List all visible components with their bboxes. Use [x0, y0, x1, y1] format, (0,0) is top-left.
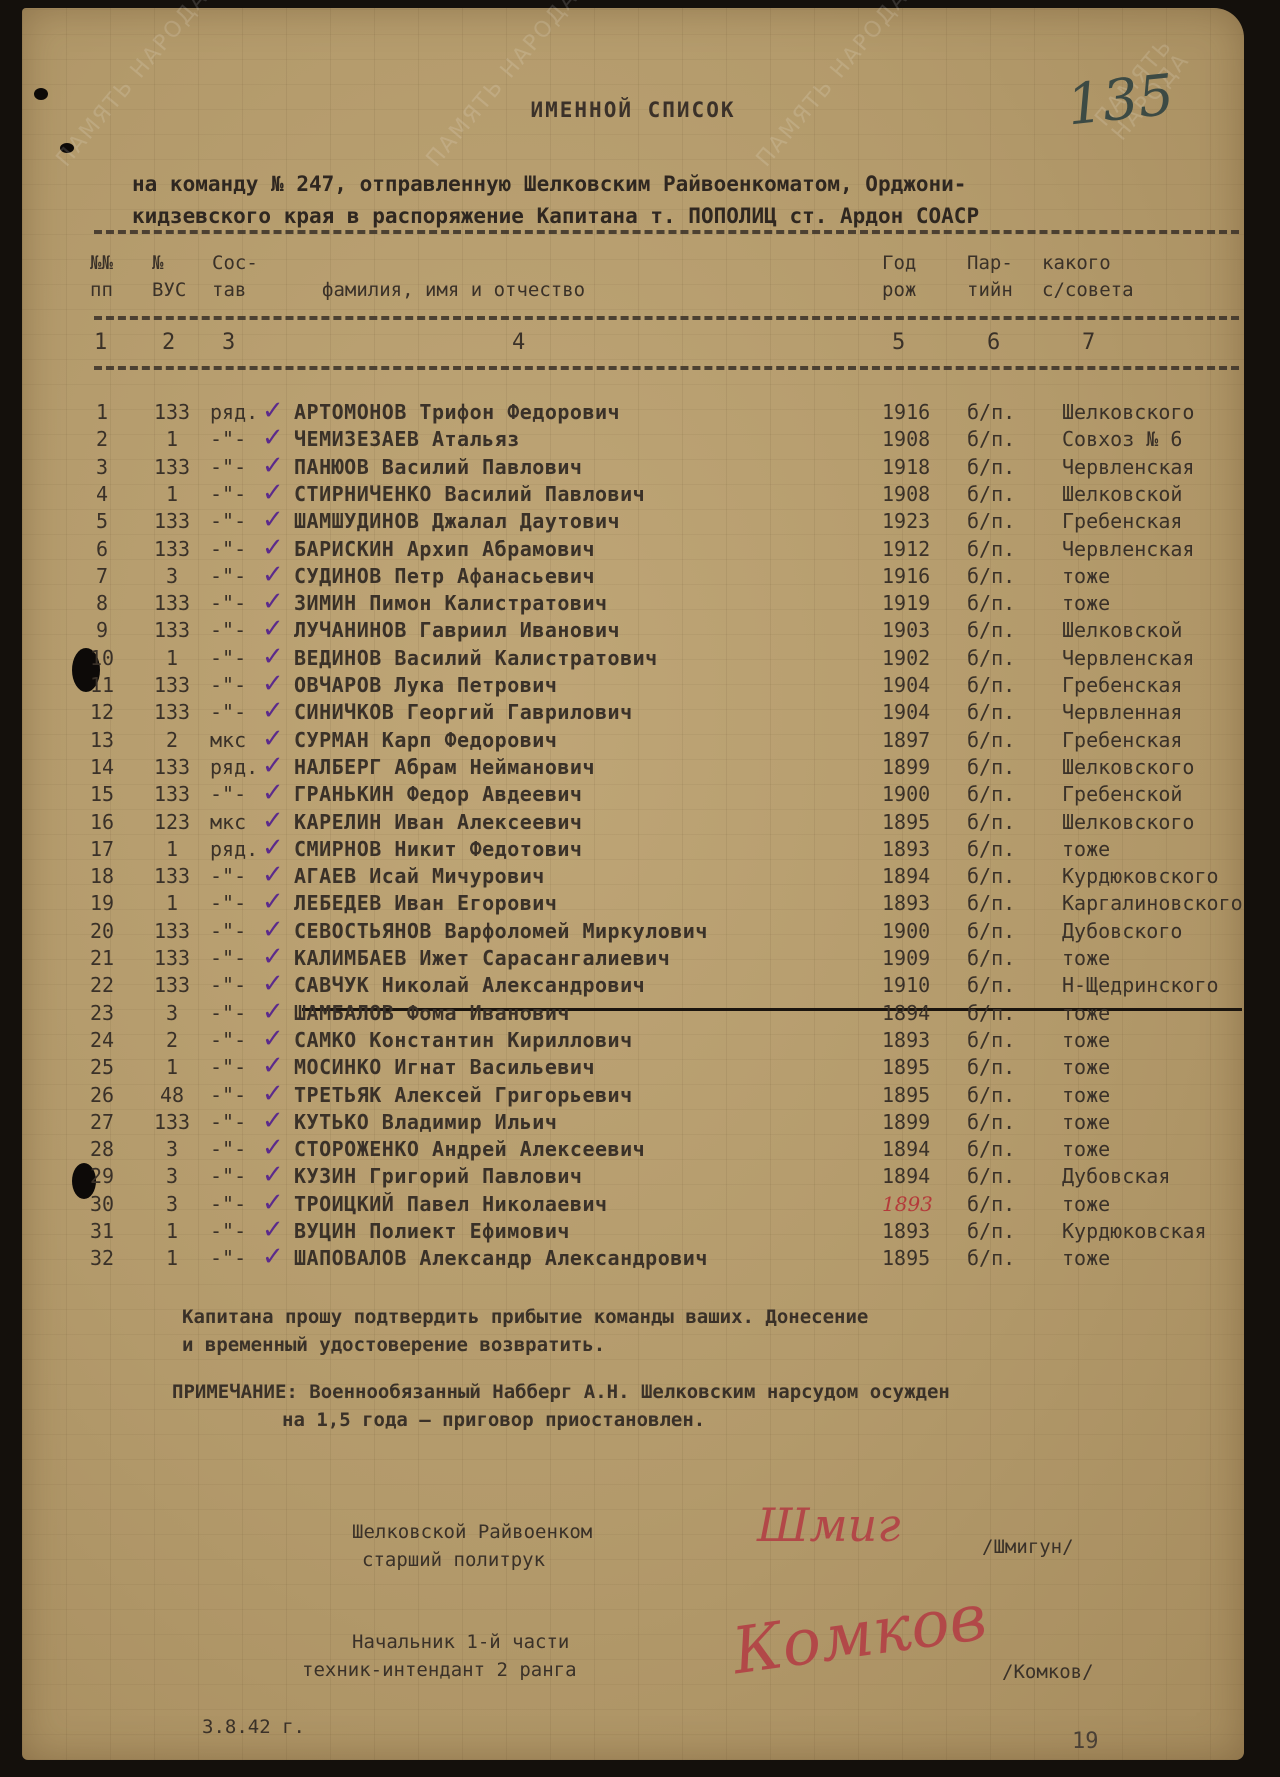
row-vus: 133	[147, 864, 197, 888]
row-sostav: -"-	[210, 1164, 270, 1188]
row-village-soviet: тоже	[1062, 1028, 1110, 1052]
column-number: 3	[222, 330, 235, 355]
row-birth-year: 1899	[882, 755, 930, 779]
divider	[94, 230, 1239, 234]
row-sostav: ряд.	[210, 837, 270, 861]
row-sostav: -"-	[210, 891, 270, 915]
row-vus: 133	[147, 755, 197, 779]
table-row: 2648-"-✓ТРЕТЬЯК Алексей Григорьевич1895б…	[22, 1083, 1244, 1107]
row-sostav: -"-	[210, 946, 270, 970]
check-mark-icon: ✓	[262, 997, 284, 1027]
row-party: б/п.	[967, 782, 1015, 806]
row-sostav: -"-	[210, 646, 270, 670]
check-mark-icon: ✓	[262, 1051, 284, 1081]
row-party: б/п.	[967, 810, 1015, 834]
table-row: 73-"-✓СУДИНОВ Петр Афанасьевич1916б/п.то…	[22, 564, 1244, 588]
row-village-soviet: Шелковского	[1062, 755, 1194, 779]
row-village-soviet: тоже	[1062, 1246, 1110, 1270]
check-mark-icon: ✓	[262, 505, 284, 535]
row-number: 28	[84, 1137, 120, 1161]
row-number: 21	[84, 946, 120, 970]
signatory-2-name: /Комков/	[1002, 1658, 1094, 1686]
row-number: 11	[84, 673, 120, 697]
row-party: б/п.	[967, 1001, 1015, 1025]
row-party: б/п.	[967, 564, 1015, 588]
row-sostav: -"-	[210, 973, 270, 997]
row-full-name: ШАМШУДИНОВ Джалал Даутович	[294, 509, 620, 533]
header-n: №№пп	[90, 250, 113, 304]
row-party: б/п.	[967, 728, 1015, 752]
row-full-name: КУТЬКО Владимир Ильич	[294, 1110, 557, 1134]
table-row: 1133ряд.✓АРТОМОНОВ Трифон Федорович1916б…	[22, 400, 1244, 424]
signature-1: Шмиг	[757, 1498, 901, 1552]
table-row: 251-"-✓МОСИНКО Игнат Васильевич1895б/п.т…	[22, 1055, 1244, 1079]
row-vus: 1	[147, 427, 197, 451]
row-birth-year: 1900	[882, 782, 930, 806]
row-vus: 1	[147, 1246, 197, 1270]
row-party: б/п.	[967, 755, 1015, 779]
row-birth-year: 1918	[882, 455, 930, 479]
table-row: 27133-"-✓КУТЬКО Владимир Ильич1899б/п.то…	[22, 1110, 1244, 1134]
column-number: 4	[512, 330, 525, 355]
row-full-name: СИНИЧКОВ Георгий Гаврилович	[294, 700, 633, 724]
row-village-soviet: Шелковского	[1062, 400, 1194, 424]
sheet-mark: 19	[1072, 1728, 1099, 1756]
row-village-soviet: Дубовская	[1062, 1164, 1170, 1188]
row-birth-year: 1894	[882, 1164, 930, 1188]
row-birth-year: 1897	[882, 728, 930, 752]
row-birth-year: 1908	[882, 482, 930, 506]
row-sostav: -"-	[210, 591, 270, 615]
row-birth-year: 1895	[882, 1246, 930, 1270]
row-vus: 3	[147, 1192, 197, 1216]
column-number: 7	[1082, 330, 1095, 355]
row-number: 7	[84, 564, 120, 588]
row-sostav: -"-	[210, 1055, 270, 1079]
row-number: 9	[84, 618, 120, 642]
header-year: Годрож	[882, 250, 916, 304]
check-mark-icon: ✓	[262, 1024, 284, 1054]
row-village-soviet: Гребенская	[1062, 673, 1182, 697]
row-number: 20	[84, 919, 120, 943]
row-full-name: СУРМАН Карп Федорович	[294, 728, 557, 752]
table-row: 9133-"-✓ЛУЧАНИНОВ Гавриил Иванович1903б/…	[22, 618, 1244, 642]
row-birth-year: 1895	[882, 1083, 930, 1107]
row-full-name: СЕВОСТЬЯНОВ Варфоломей Миркулович	[294, 919, 708, 943]
signatory-2-title: Начальник 1-й части техник-интендант 2 р…	[352, 1628, 577, 1684]
row-party: б/п.	[967, 1055, 1015, 1079]
document-sheet: ПАМЯТЬ НАРОДА ПАМЯТЬ НАРОДА ПАМЯТЬ НАРОД…	[22, 8, 1244, 1760]
row-party: б/п.	[967, 482, 1015, 506]
check-mark-icon: ✓	[262, 833, 284, 863]
check-mark-icon: ✓	[262, 1160, 284, 1190]
row-number: 5	[84, 509, 120, 533]
row-sostav: ряд.	[210, 400, 270, 424]
table-row: 293-"-✓КУЗИН Григорий Павлович1894б/п.Ду…	[22, 1164, 1244, 1188]
row-vus: 1	[147, 646, 197, 670]
row-full-name: ВУЦИН Полиект Ефимович	[294, 1219, 570, 1243]
column-number: 1	[94, 330, 107, 355]
row-full-name: НАЛБЕРГ Абрам Нейманович	[294, 755, 595, 779]
check-mark-icon: ✓	[262, 1188, 284, 1218]
table-row: 21-"-✓ЧЕМИЗЕЗАЕВ Атальяз1908б/п.Совхоз №…	[22, 427, 1244, 451]
row-village-soviet: Совхоз № 6	[1062, 427, 1182, 451]
divider	[94, 366, 1239, 370]
row-village-soviet: тоже	[1062, 946, 1110, 970]
table-row: 311-"-✓ВУЦИН Полиект Ефимович1893б/п.Кур…	[22, 1219, 1244, 1243]
row-party: б/п.	[967, 537, 1015, 561]
row-number: 30	[84, 1192, 120, 1216]
table-row: 12133-"-✓СИНИЧКОВ Георгий Гаврилович1904…	[22, 700, 1244, 724]
row-party: б/п.	[967, 1083, 1015, 1107]
row-village-soviet: Курдюковская	[1062, 1219, 1207, 1243]
row-full-name: ОВЧАРОВ Лука Петрович	[294, 673, 557, 697]
row-full-name: СУДИНОВ Петр Афанасьевич	[294, 564, 595, 588]
signature-2: Комков	[728, 1581, 991, 1690]
row-party: б/п.	[967, 591, 1015, 615]
row-number: 24	[84, 1028, 120, 1052]
row-vus: 1	[147, 837, 197, 861]
row-birth-year: 1910	[882, 973, 930, 997]
row-village-soviet: Гребенская	[1062, 509, 1182, 533]
header-bus: №ВУС	[152, 250, 186, 304]
row-birth-year: 1900	[882, 919, 930, 943]
row-full-name: СТОРОЖЕНКО Андрей Алексеевич	[294, 1137, 645, 1161]
row-sostav: -"-	[210, 509, 270, 533]
row-sostav: -"-	[210, 482, 270, 506]
row-village-soviet: тоже	[1062, 1083, 1110, 1107]
row-village-soviet: Шелковской	[1062, 618, 1182, 642]
row-party: б/п.	[967, 1246, 1015, 1270]
table-row: 101-"-✓ВЕДИНОВ Василий Калистратович1902…	[22, 646, 1244, 670]
row-number: 4	[84, 482, 120, 506]
row-sostav: ряд.	[210, 755, 270, 779]
row-vus: 133	[147, 1110, 197, 1134]
check-mark-icon: ✓	[262, 860, 284, 890]
row-party: б/п.	[967, 455, 1015, 479]
table-row: 303-"-✓ТРОИЦКИЙ Павел Николаевич1893б/п.…	[22, 1192, 1244, 1216]
check-mark-icon: ✓	[262, 669, 284, 699]
row-birth-year: 1893	[882, 1219, 930, 1243]
row-village-soviet: Гребенской	[1062, 782, 1182, 806]
check-mark-icon: ✓	[262, 396, 284, 426]
row-vus: 1	[147, 482, 197, 506]
row-number: 14	[84, 755, 120, 779]
row-number: 31	[84, 1219, 120, 1243]
table-row: 20133-"-✓СЕВОСТЬЯНОВ Варфоломей Миркулов…	[22, 919, 1244, 943]
row-sostav: -"-	[210, 564, 270, 588]
check-mark-icon: ✓	[262, 533, 284, 563]
row-full-name: ЛЕБЕДЕВ Иван Егорович	[294, 891, 557, 915]
row-number: 16	[84, 810, 120, 834]
row-birth-year: 1912	[882, 537, 930, 561]
row-number: 26	[84, 1083, 120, 1107]
row-number: 27	[84, 1110, 120, 1134]
row-party: б/п.	[967, 891, 1015, 915]
row-party: б/п.	[967, 1110, 1015, 1134]
table-row: 283-"-✓СТОРОЖЕНКО Андрей Алексеевич1894б…	[22, 1137, 1244, 1161]
row-full-name: КАРЕЛИН Иван Алексеевич	[294, 810, 582, 834]
table-row: 22133-"-✓САВЧУК Николай Александрович191…	[22, 973, 1244, 997]
subtitle-line: на команду № 247, отправленную Шелковски…	[132, 168, 1232, 200]
row-party: б/п.	[967, 837, 1015, 861]
row-number: 19	[84, 891, 120, 915]
table-row: 21133-"-✓КАЛИМБАЕВ Ижет Сарасангалиевич1…	[22, 946, 1244, 970]
row-sostav: -"-	[210, 919, 270, 943]
table-row: 8133-"-✓ЗИМИН Пимон Калистратович1919б/п…	[22, 591, 1244, 615]
row-full-name: ВЕДИНОВ Василий Калистратович	[294, 646, 658, 670]
row-party: б/п.	[967, 1164, 1015, 1188]
row-full-name: МОСИНКО Игнат Васильевич	[294, 1055, 595, 1079]
row-birth-year: 1916	[882, 564, 930, 588]
row-number: 12	[84, 700, 120, 724]
row-vus: 2	[147, 728, 197, 752]
row-full-name: ШАПОВАЛОВ Александр Александрович	[294, 1246, 708, 1270]
row-full-name: ПАНЮОВ Василий Павлович	[294, 455, 582, 479]
row-village-soviet: Шелковского	[1062, 810, 1194, 834]
table-row: 321-"-✓ШАПОВАЛОВ Александр Александрович…	[22, 1246, 1244, 1270]
row-village-soviet: Червленская	[1062, 455, 1194, 479]
check-mark-icon: ✓	[262, 1242, 284, 1272]
row-party: б/п.	[967, 400, 1015, 424]
check-mark-icon: ✓	[262, 806, 284, 836]
signatory-1-name: /Шмигун/	[982, 1533, 1074, 1561]
row-full-name: ШАМБАЛОВ Фома Иванович	[294, 1001, 570, 1025]
row-full-name: ЗИМИН Пимон Калистратович	[294, 591, 608, 615]
row-birth-year: 1895	[882, 810, 930, 834]
check-mark-icon: ✓	[262, 614, 284, 644]
row-village-soviet: тоже	[1062, 1192, 1110, 1216]
check-mark-icon: ✓	[262, 587, 284, 617]
request-note: Капитана прошу подтвердить прибытие кома…	[182, 1303, 868, 1359]
row-birth-year: 1923	[882, 509, 930, 533]
row-vus: 133	[147, 673, 197, 697]
table-row: 5133-"-✓ШАМШУДИНОВ Джалал Даутович1923б/…	[22, 509, 1244, 533]
row-sostav: -"-	[210, 1246, 270, 1270]
row-full-name: САВЧУК Николай Александрович	[294, 973, 645, 997]
row-sostav: -"-	[210, 1192, 270, 1216]
row-village-soviet: Червленская	[1062, 537, 1194, 561]
row-party: б/п.	[967, 864, 1015, 888]
check-mark-icon: ✓	[262, 642, 284, 672]
header-name: фамилия, имя и отчество	[322, 277, 585, 304]
row-village-soviet: тоже	[1062, 1001, 1110, 1025]
row-sostav: -"-	[210, 782, 270, 806]
column-number: 5	[892, 330, 905, 355]
row-village-soviet: Дубовского	[1062, 919, 1182, 943]
signatory-1-title: Шелковской Райвоенком старший политрук	[352, 1518, 592, 1574]
header-soviet: какогос/совета	[1042, 250, 1134, 304]
row-birth-year: 1894	[882, 864, 930, 888]
check-mark-icon: ✓	[262, 887, 284, 917]
document-title: ИМЕННОЙ СПИСОК	[22, 98, 1244, 122]
row-birth-year: 1893	[882, 837, 930, 861]
check-mark-icon: ✓	[262, 969, 284, 999]
row-full-name: СТИРНИЧЕНКО Василий Павлович	[294, 482, 645, 506]
row-full-name: БАРИСКИН Архип Абрамович	[294, 537, 595, 561]
table-row: 171ряд.✓СМИРНОВ Никит Федотович1893б/п.т…	[22, 837, 1244, 861]
check-mark-icon: ✓	[262, 423, 284, 453]
row-full-name: АРТОМОНОВ Трифон Федорович	[294, 400, 620, 424]
row-village-soviet: Н-Щедринского	[1062, 973, 1219, 997]
row-village-soviet: тоже	[1062, 1110, 1110, 1134]
column-number: 6	[987, 330, 1000, 355]
row-sostav: -"-	[210, 1001, 270, 1025]
check-mark-icon: ✓	[262, 942, 284, 972]
row-birth-year: 1909	[882, 946, 930, 970]
row-number: 29	[84, 1164, 120, 1188]
row-vus: 1	[147, 1055, 197, 1079]
row-party: б/п.	[967, 509, 1015, 533]
row-village-soviet: Курдюковского	[1062, 864, 1219, 888]
row-sostav: -"-	[210, 1028, 270, 1052]
row-number: 10	[84, 646, 120, 670]
row-sostav: -"-	[210, 864, 270, 888]
row-full-name: КУЗИН Григорий Павлович	[294, 1164, 582, 1188]
row-birth-year: 1919	[882, 591, 930, 615]
row-vus: 1	[147, 1219, 197, 1243]
watermark: ПАМЯТЬ НАРОДА	[53, 0, 212, 171]
row-party: б/п.	[967, 618, 1015, 642]
row-party: б/п.	[967, 946, 1015, 970]
row-number: 18	[84, 864, 120, 888]
row-full-name: ЛУЧАНИНОВ Гавриил Иванович	[294, 618, 620, 642]
row-birth-year: 1893	[882, 1028, 930, 1052]
row-birth-year: 1894	[882, 1001, 930, 1025]
remark-note: ПРИМЕЧАНИЕ: Военнообязанный Набберг А.Н.…	[172, 1378, 950, 1434]
row-party: б/п.	[967, 973, 1015, 997]
row-village-soviet: Червленская	[1062, 646, 1194, 670]
row-party: б/п.	[967, 700, 1015, 724]
row-village-soviet: тоже	[1062, 591, 1110, 615]
row-number: 3	[84, 455, 120, 479]
document-date: 3.8.42 г.	[202, 1713, 305, 1741]
row-vus: 133	[147, 919, 197, 943]
row-party: б/п.	[967, 919, 1015, 943]
table-row: 242-"-✓САМКО Константин Кириллович1893б/…	[22, 1028, 1244, 1052]
table-row: 132мкс✓СУРМАН Карп Федорович1897б/п.Греб…	[22, 728, 1244, 752]
row-village-soviet: тоже	[1062, 1137, 1110, 1161]
check-mark-icon: ✓	[262, 1106, 284, 1136]
row-party: б/п.	[967, 1137, 1015, 1161]
table-row: 233-"-✓ШАМБАЛОВ Фома Иванович1894б/п.тож…	[22, 1001, 1244, 1025]
document-subtitle: на команду № 247, отправленную Шелковски…	[132, 168, 1232, 232]
row-sostav: -"-	[210, 537, 270, 561]
row-village-soviet: тоже	[1062, 1055, 1110, 1079]
watermark: ПАМЯТЬ НАРОДА	[423, 0, 582, 171]
row-birth-year: 1908	[882, 427, 930, 451]
table-row: 41-"-✓СТИРНИЧЕНКО Василий Павлович1908б/…	[22, 482, 1244, 506]
row-party: б/п.	[967, 1219, 1015, 1243]
row-vus: 133	[147, 973, 197, 997]
row-number: 22	[84, 973, 120, 997]
table-row: 6133-"-✓БАРИСКИН Архип Абрамович1912б/п.…	[22, 537, 1244, 561]
row-village-soviet: Шелковской	[1062, 482, 1182, 506]
row-sostav: -"-	[210, 427, 270, 451]
check-mark-icon: ✓	[262, 1215, 284, 1245]
row-vus: 133	[147, 400, 197, 424]
row-vus: 133	[147, 509, 197, 533]
row-full-name: ЧЕМИЗЕЗАЕВ Атальяз	[294, 427, 520, 451]
table-row: 14133ряд.✓НАЛБЕРГ Абрам Нейманович1899б/…	[22, 755, 1244, 779]
row-birth-year: 1916	[882, 400, 930, 424]
check-mark-icon: ✓	[262, 778, 284, 808]
row-vus: 123	[147, 810, 197, 834]
check-mark-icon: ✓	[262, 478, 284, 508]
watermark: ПАМЯТЬ НАРОДА	[753, 0, 912, 171]
row-full-name: АГАЕВ Исай Мичурович	[294, 864, 545, 888]
row-sostav: мкс	[210, 810, 270, 834]
header-party: Пар-тийн	[967, 250, 1013, 304]
row-sostav: -"-	[210, 618, 270, 642]
row-sostav: -"-	[210, 700, 270, 724]
row-village-soviet: Червленная	[1062, 700, 1182, 724]
row-sostav: -"-	[210, 455, 270, 479]
row-birth-year: 1903	[882, 618, 930, 642]
row-sostav: -"-	[210, 1219, 270, 1243]
row-birth-year: 1894	[882, 1137, 930, 1161]
table-row: 15133-"-✓ГРАНЬКИН Федор Авдеевич1900б/п.…	[22, 782, 1244, 806]
row-village-soviet: тоже	[1062, 564, 1110, 588]
row-vus: 1	[147, 891, 197, 915]
row-birth-year: 1893	[882, 891, 930, 915]
row-number: 6	[84, 537, 120, 561]
row-vus: 3	[147, 1001, 197, 1025]
row-vus: 133	[147, 591, 197, 615]
table-row: 191-"-✓ЛЕБЕДЕВ Иван Егорович1893б/п.Карг…	[22, 891, 1244, 915]
row-village-soviet: тоже	[1062, 837, 1110, 861]
row-full-name: ТРЕТЬЯК Алексей Григорьевич	[294, 1083, 633, 1107]
row-vus: 133	[147, 537, 197, 561]
row-village-soviet: Гребенская	[1062, 728, 1182, 752]
row-vus: 2	[147, 1028, 197, 1052]
divider	[94, 316, 1239, 320]
row-number: 2	[84, 427, 120, 451]
table-row: 11133-"-✓ОВЧАРОВ Лука Петрович1904б/п.Гр…	[22, 673, 1244, 697]
row-party: б/п.	[967, 673, 1015, 697]
row-number: 1	[84, 400, 120, 424]
row-village-soviet: Каргалиновского	[1062, 891, 1243, 915]
row-vus: 3	[147, 1137, 197, 1161]
row-birth-year: 1902	[882, 646, 930, 670]
row-birth-year: 1899	[882, 1110, 930, 1134]
check-mark-icon: ✓	[262, 915, 284, 945]
row-vus: 133	[147, 700, 197, 724]
row-full-name: САМКО Константин Кириллович	[294, 1028, 633, 1052]
row-vus: 133	[147, 455, 197, 479]
row-birth-year: 1904	[882, 700, 930, 724]
row-full-name: ТРОИЦКИЙ Павел Николаевич	[294, 1192, 608, 1216]
row-party: б/п.	[967, 1028, 1015, 1052]
row-number: 13	[84, 728, 120, 752]
row-birth-year: 1893	[882, 1192, 933, 1216]
row-vus: 133	[147, 946, 197, 970]
row-number: 25	[84, 1055, 120, 1079]
column-number: 2	[162, 330, 175, 355]
table-row: 3133-"-✓ПАНЮОВ Василий Павлович1918б/п.Ч…	[22, 455, 1244, 479]
row-full-name: КАЛИМБАЕВ Ижет Сарасангалиевич	[294, 946, 670, 970]
check-mark-icon: ✓	[262, 751, 284, 781]
row-number: 32	[84, 1246, 120, 1270]
row-vus: 3	[147, 1164, 197, 1188]
row-full-name: СМИРНОВ Никит Федотович	[294, 837, 582, 861]
row-number: 17	[84, 837, 120, 861]
row-number: 15	[84, 782, 120, 806]
row-number: 8	[84, 591, 120, 615]
check-mark-icon: ✓	[262, 1079, 284, 1109]
row-birth-year: 1904	[882, 673, 930, 697]
row-sostav: -"-	[210, 1137, 270, 1161]
